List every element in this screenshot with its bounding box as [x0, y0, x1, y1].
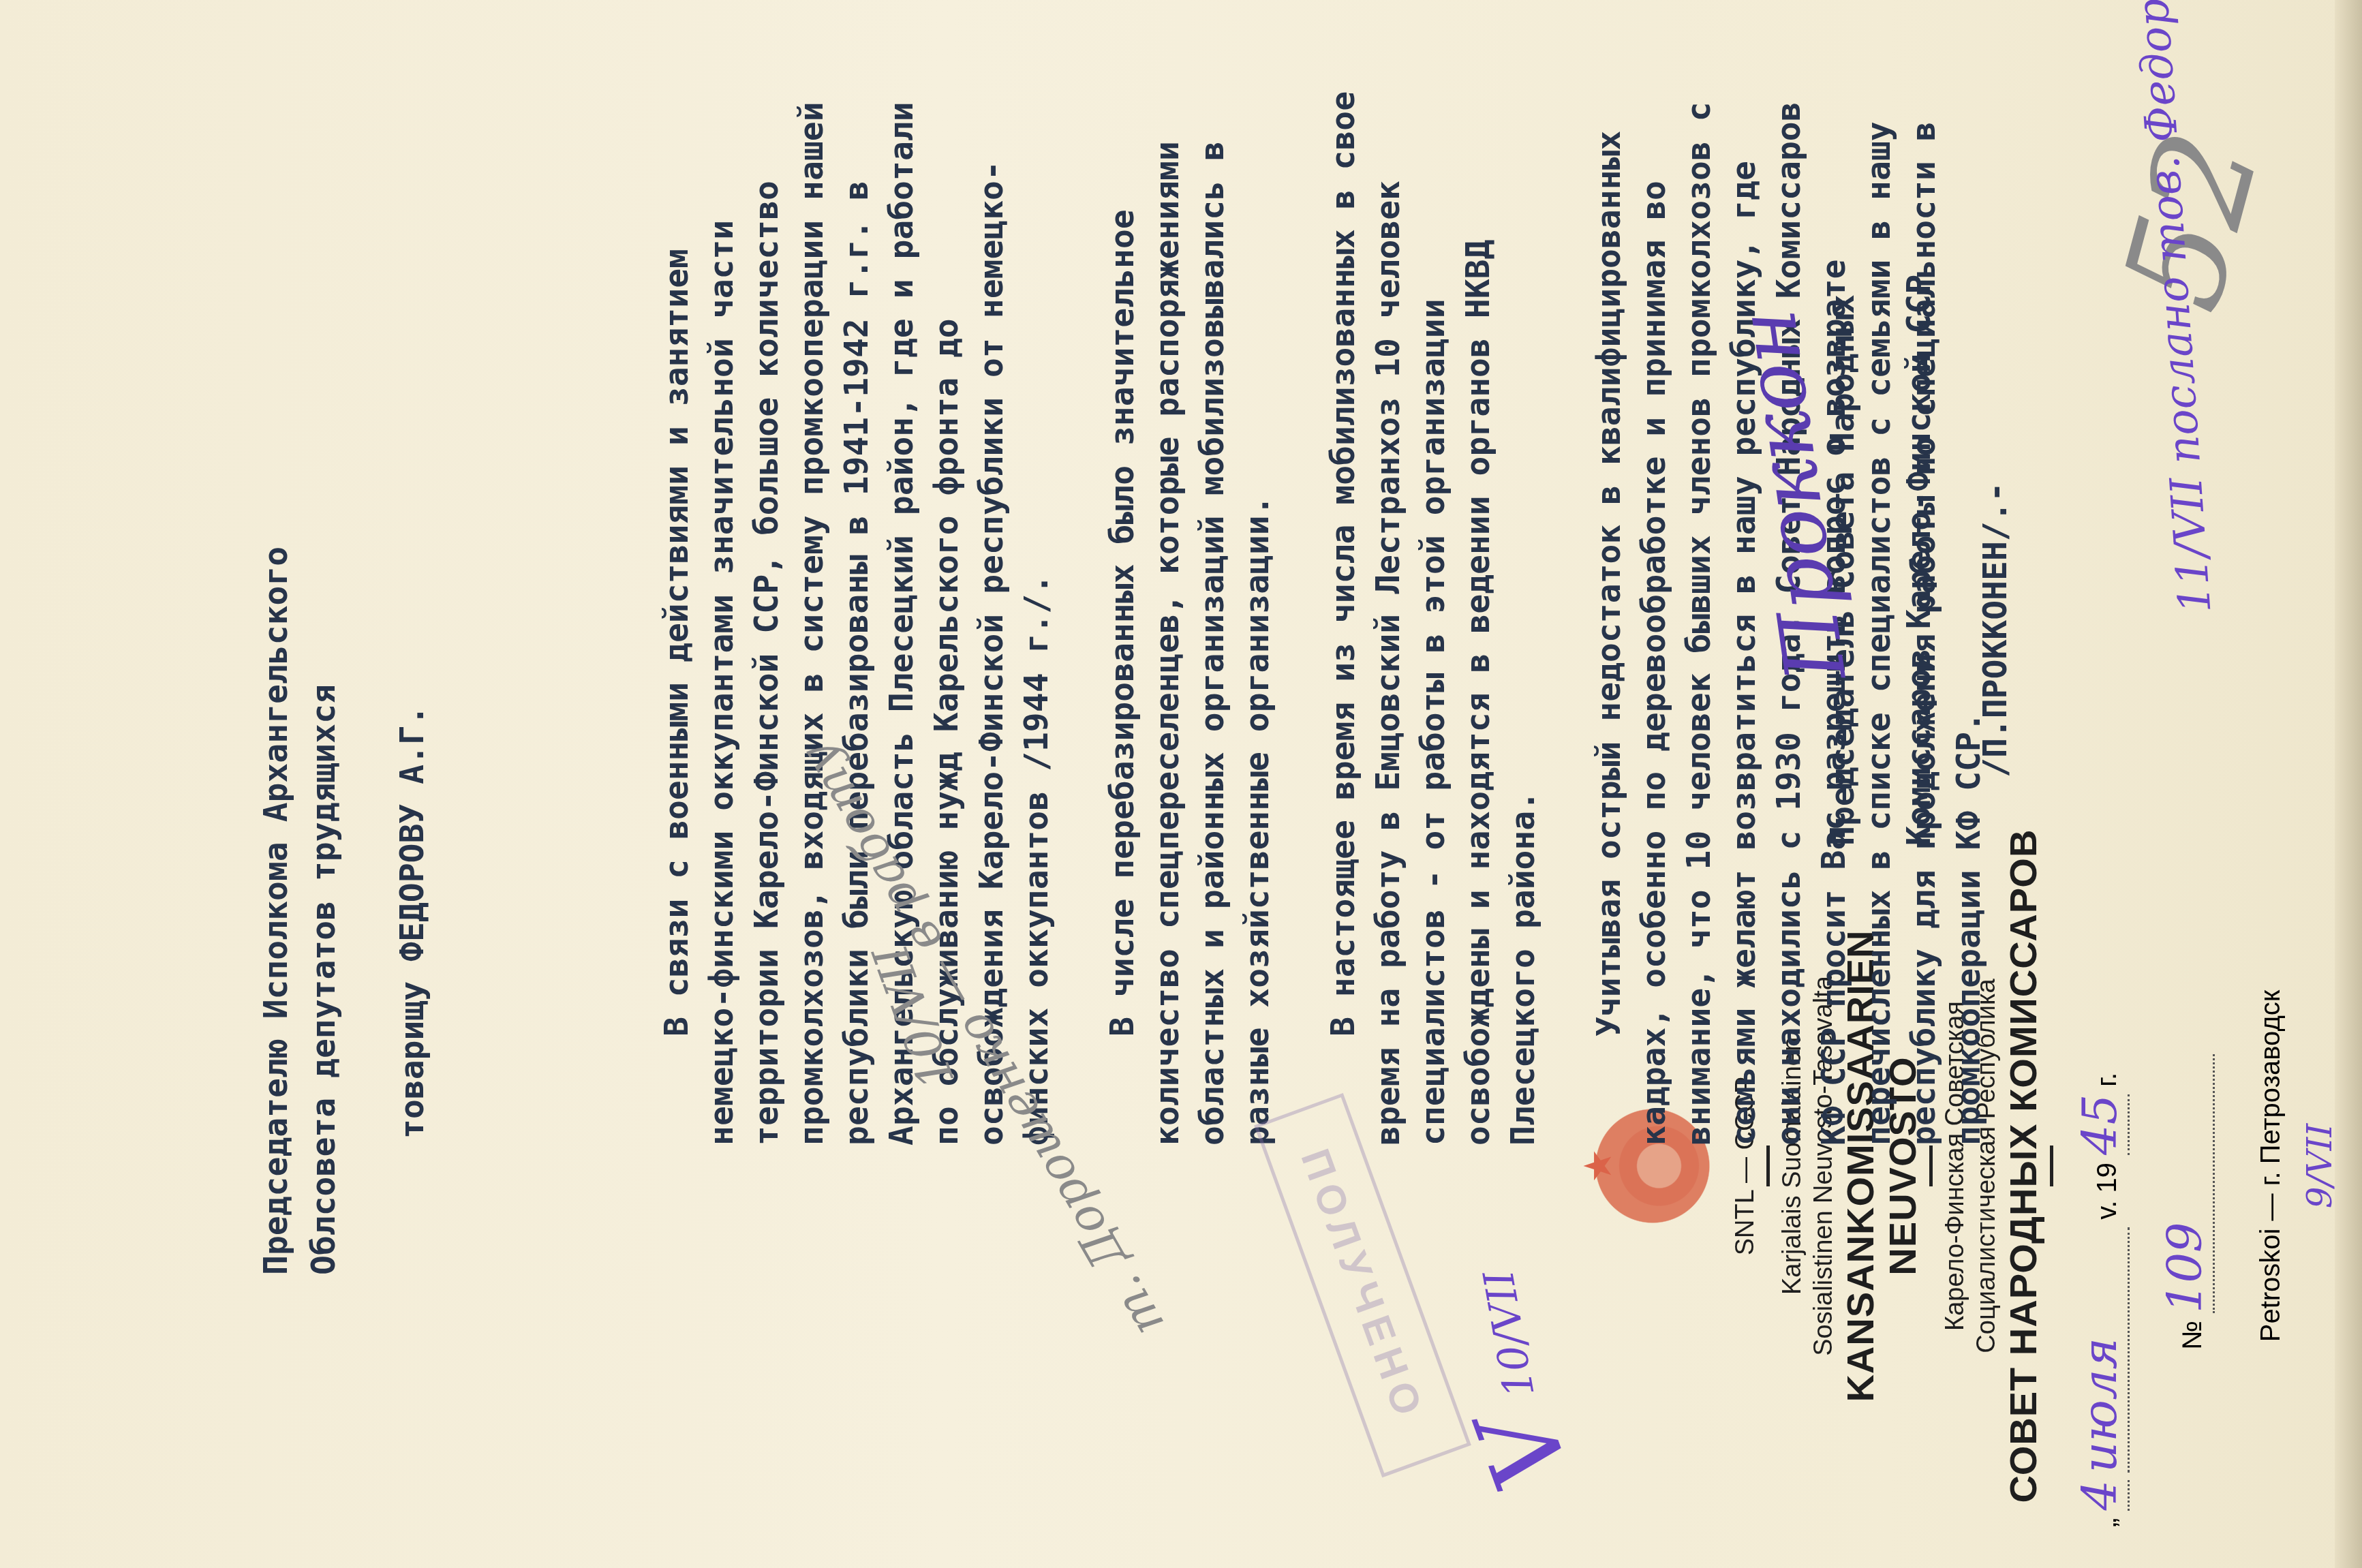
date-field: „ 4 июля v. 19 45 г. № 109 Petroskoi — г…	[2072, 805, 2340, 1527]
signatory-title-2: Комиссаров Карело-Финской ССР	[1900, 28, 1938, 846]
paragraph-3: В настоящее время из числа мобилизованны…	[1321, 82, 1546, 1146]
year-label: v. 19	[2092, 1163, 2122, 1220]
number-label: №	[2177, 1321, 2207, 1350]
addressee-line-1: Председателю Исполкома Архангельского	[252, 185, 300, 1275]
check-mark-icon: V	[1456, 1394, 1593, 1504]
paragraph-1: В связи с военными действиями и занятием…	[654, 82, 1059, 1146]
paragraph-2: В числе перебазированных было значительн…	[1100, 82, 1280, 1146]
addressee-line-2: Облсовета депутатов трудящихся	[300, 185, 348, 1275]
ink-note-date: 9/VII	[2300, 805, 2340, 1527]
divider	[1929, 1146, 1933, 1186]
rotated-letter-page: SNTL — CCCP Karjalais Suomalainen Sosial…	[0, 0, 2362, 1568]
divider	[2050, 1146, 2053, 1186]
date-day: 4	[2072, 1480, 2128, 1511]
addressee-line-3: товарищу ФЕДОРОВУ А.Г.	[388, 185, 436, 1275]
quote-mark: „	[2092, 1518, 2122, 1527]
date-year: 45	[2072, 1094, 2128, 1155]
document-number: 109	[2157, 1222, 2213, 1313]
addressee-block: Председателю Исполкома Архангельского Об…	[252, 185, 436, 1275]
signatory-name: /П.ПРОККОНЕН/.-	[1976, 28, 2014, 846]
divider	[1766, 1146, 1770, 1186]
date-month: июля	[2072, 1338, 2128, 1473]
document-scan: SNTL — CCCP Karjalais Suomalainen Sosial…	[0, 0, 2362, 1568]
received-date-annotation: 10/VII	[1475, 1267, 1544, 1401]
city-line: Petroskoi — г. Петрозаводск	[2256, 805, 2286, 1527]
year-suffix: г.	[2092, 1073, 2122, 1087]
received-stamp: ПОЛУЧЕНО	[1254, 1093, 1471, 1477]
